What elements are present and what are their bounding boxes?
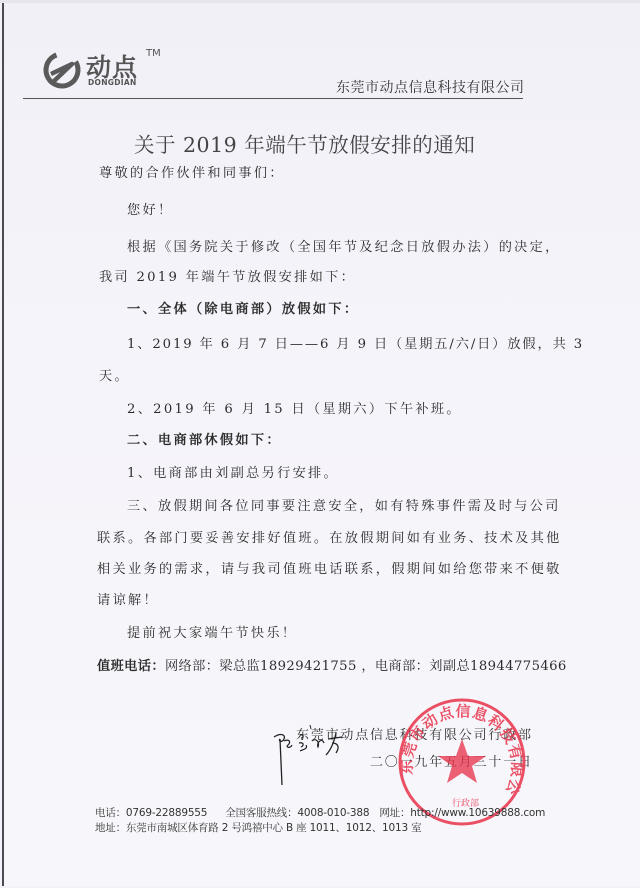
signoff-department: 东莞市动点信息科技有限公司行政部 <box>296 724 533 743</box>
footer-website-link[interactable]: http://www.10639888.com <box>410 807 545 819</box>
footer-address-label: 地址： <box>95 822 126 834</box>
section1-item1-line1: 1、2019 年 6 月 7 日——6 月 9 日（星期五/六/日）放假，共 3 <box>127 333 584 352</box>
notice-title: 关于 2019 年端午节放假安排的通知 <box>134 128 475 158</box>
section2-item1: 1、电商部由刘副总另行安排。 <box>127 462 339 481</box>
company-logo: 动点 TM DONGDIAN <box>42 48 182 92</box>
duty-phone-contacts: 网络部：梁总监18929421755 ，电商部：刘副总18944775466 <box>165 659 567 674</box>
footer-address: 东莞市南城区体育路 2 号鸿禧中心 B 座 1011、1012、1013 室 <box>126 822 421 834</box>
footer-contact-line: 电话：0769-22889555全国客服热线：4008-010-388网址：ht… <box>95 805 545 820</box>
letterhead-divider <box>23 98 523 99</box>
wishes: 提前祝大家端午节快乐！ <box>127 622 297 641</box>
section1-item2: 2、2019 年 6 月 15 日（星期六）下午补班。 <box>127 398 462 417</box>
dongdian-logo-icon <box>42 50 82 90</box>
signoff-date: 二〇一九年五月三十一日 <box>370 751 533 770</box>
salutation: 尊敬的合作伙伴和同事们： <box>99 162 285 181</box>
footer-hotline-label: 全国客服热线： <box>225 807 297 819</box>
section3-line-4: 请谅解！ <box>97 589 159 608</box>
section1-heading: 一、全体（除电商部）放假如下： <box>127 298 359 317</box>
footer-address-line: 地址：东莞市南城区体育路 2 号鸿禧中心 B 座 1011、1012、1013 … <box>95 820 421 835</box>
section3-line-1: 三、放假期间各位同事要注意安全，如有特殊事件需及时与公司 <box>127 495 561 514</box>
logo-trademark: TM <box>146 48 161 59</box>
letterhead-company-name: 东莞市动点信息科技有限公司 <box>336 77 525 97</box>
footer-phone: 0769-22889555 <box>126 807 207 819</box>
section3-line-3: 相关业务的需求，请与我司值班电话联系，假期间如给您带来不便敬 <box>97 558 562 577</box>
intro-line-2: 我司 2019 年端午节放假安排如下： <box>99 266 356 285</box>
section1-item1-line2: 天。 <box>99 365 130 384</box>
section2-heading: 二、电商部休假如下： <box>127 429 282 448</box>
greeting: 您好！ <box>127 199 173 218</box>
footer-website-label: 网址： <box>379 807 410 819</box>
logo-text-en: DONGDIAN <box>88 78 137 87</box>
intro-line-1: 根据《国务院关于修改（全国年节及纪念日放假办法）的决定， <box>127 236 561 255</box>
footer-phone-label: 电话： <box>95 807 126 819</box>
duty-phone-label: 值班电话： <box>97 659 165 674</box>
duty-phone-line: 值班电话：网络部：梁总监18929421755 ，电商部：刘副总18944775… <box>97 655 567 674</box>
footer-hotline: 4008-010-388 <box>297 807 369 819</box>
section3-line-2: 联系。各部门要妥善安排好值班。在放假期间如有业务、技术及其他 <box>97 527 562 546</box>
